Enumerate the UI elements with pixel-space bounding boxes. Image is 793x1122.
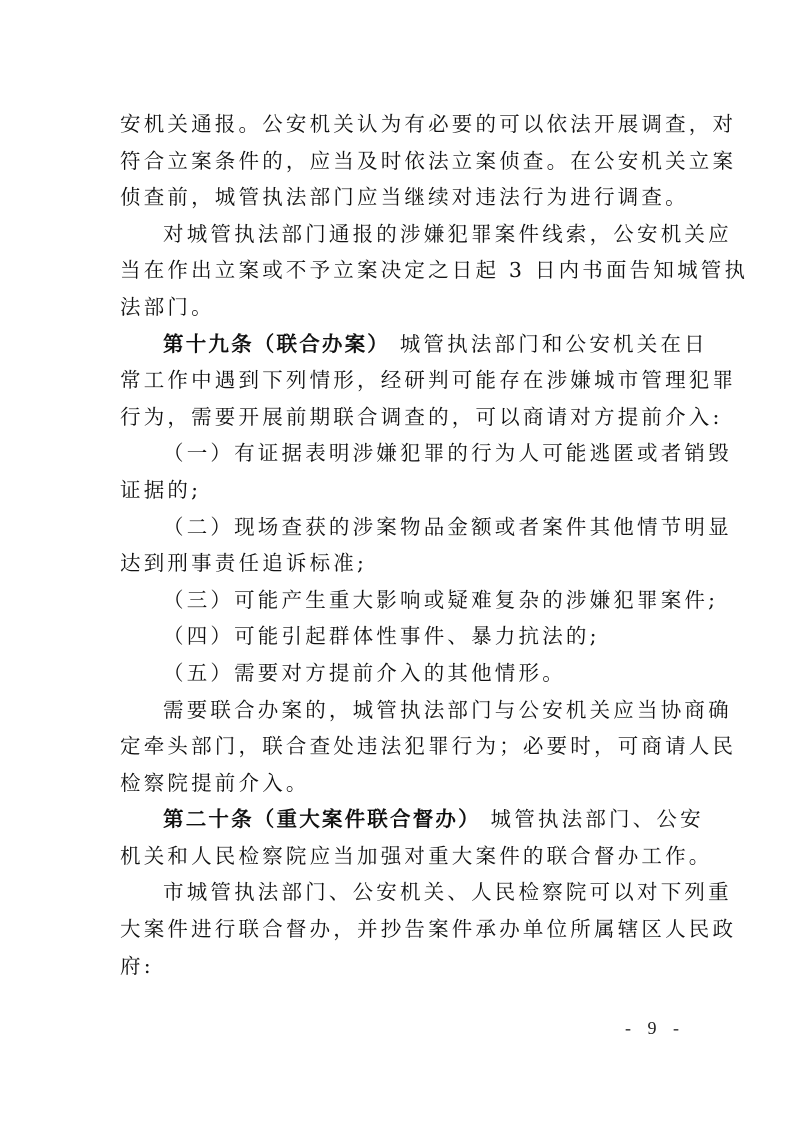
text-line: 行为，需要开展前期联合调查的，可以商请对方提前介入:: [120, 399, 676, 436]
line-text: 行为，需要开展前期联合调查的，可以商请对方提前介入:: [120, 405, 723, 429]
text-line: 机关和人民检察院应当加强对重大案件的联合督办工作。: [120, 838, 676, 875]
line-text: 市城管执法部门、公安机关、人民检察院可以对下列重: [163, 880, 732, 904]
text-line: 符合立案条件的，应当及时依法立案侦查。在公安机关立案: [120, 143, 676, 180]
text-line: 常工作中遇到下列情形，经研判可能存在涉嫌城市管理犯罪: [120, 362, 676, 399]
line-text: 检察院提前介入。: [120, 771, 310, 795]
line-text: 当在作出立案或不予立案决定之日起 3 日内书面告知城管执: [120, 258, 748, 282]
text-line: 达到刑事责任追诉标准;: [120, 545, 676, 582]
text-line: （一）有证据表明涉嫌犯罪的行为人可能逃匿或者销毁: [120, 435, 676, 472]
line-text: 定牵头部门，联合查处违法犯罪行为；必要时，可商请人民: [120, 734, 736, 758]
line-text: 常工作中遇到下列情形，经研判可能存在涉嫌城市管理犯罪: [120, 368, 736, 392]
text-line: 市城管执法部门、公安机关、人民检察院可以对下列重: [120, 874, 676, 911]
line-text: （二）现场查获的涉案物品金额或者案件其他情节明显: [163, 515, 732, 539]
line-text: 大案件进行联合督办，并抄告案件承办单位所属辖区人民政: [120, 917, 736, 941]
document-body: 安机关通报。公安机关认为有必要的可以依法开展调查，对符合立案条件的，应当及时依法…: [120, 106, 676, 984]
line-text: 达到刑事责任追诉标准;: [120, 551, 367, 575]
article-title: 第二十条（重大案件联合督办）: [163, 807, 481, 831]
article-title: 第十九条（联合办案）: [163, 332, 390, 356]
line-text: 安机关通报。公安机关认为有必要的可以依法开展调查，对: [120, 112, 736, 136]
line-text: （四）可能引起群体性事件、暴力抗法的;: [163, 624, 600, 648]
text-line: （三）可能产生重大影响或疑难复杂的涉嫌犯罪案件;: [120, 582, 676, 619]
text-line: （二）现场查获的涉案物品金额或者案件其他情节明显: [120, 509, 676, 546]
article-heading-line: 第二十条（重大案件联合督办） 城管执法部门、公安: [120, 801, 676, 838]
text-line: 当在作出立案或不予立案决定之日起 3 日内书面告知城管执: [120, 252, 676, 289]
text-line: 法部门。: [120, 289, 676, 326]
line-text: 府:: [120, 954, 154, 978]
line-text: 机关和人民检察院应当加强对重大案件的联合督办工作。: [120, 844, 713, 868]
text-line: 府:: [120, 948, 676, 985]
text-line: 大案件进行联合督办，并抄告案件承办单位所属辖区人民政: [120, 911, 676, 948]
line-text: （三）可能产生重大影响或疑难复杂的涉嫌犯罪案件;: [163, 588, 718, 612]
document-page: 安机关通报。公安机关认为有必要的可以依法开展调查，对符合立案条件的，应当及时依法…: [0, 0, 793, 1122]
line-text: 侦查前，城管执法部门应当继续对违法行为进行调查。: [120, 185, 689, 209]
page-number: - 9 -: [625, 1018, 685, 1039]
line-text: （一）有证据表明涉嫌犯罪的行为人可能逃匿或者销毁: [163, 441, 732, 465]
text-line: （五）需要对方提前介入的其他情形。: [120, 655, 676, 692]
line-text: （五）需要对方提前介入的其他情形。: [163, 661, 566, 685]
line-text: 符合立案条件的，应当及时依法立案侦查。在公安机关立案: [120, 149, 736, 173]
text-line: 对城管执法部门通报的涉嫌犯罪案件线索，公安机关应: [120, 216, 676, 253]
line-text: 城管执法部门和公安机关在日: [390, 332, 708, 356]
text-line: 侦查前，城管执法部门应当继续对违法行为进行调查。: [120, 179, 676, 216]
line-text: 城管执法部门、公安: [481, 807, 704, 831]
text-line: 检察院提前介入。: [120, 765, 676, 802]
text-line: 需要联合办案的，城管执法部门与公安机关应当协商确: [120, 692, 676, 729]
text-line: （四）可能引起群体性事件、暴力抗法的;: [120, 618, 676, 655]
line-text: 需要联合办案的，城管执法部门与公安机关应当协商确: [163, 698, 732, 722]
line-text: 证据的;: [120, 478, 201, 502]
text-line: 定牵头部门，联合查处违法犯罪行为；必要时，可商请人民: [120, 728, 676, 765]
line-text: 对城管执法部门通报的涉嫌犯罪案件线索，公安机关应: [163, 222, 732, 246]
article-heading-line: 第十九条（联合办案） 城管执法部门和公安机关在日: [120, 326, 676, 363]
text-line: 证据的;: [120, 472, 676, 509]
line-text: 法部门。: [120, 295, 215, 319]
text-line: 安机关通报。公安机关认为有必要的可以依法开展调查，对: [120, 106, 676, 143]
